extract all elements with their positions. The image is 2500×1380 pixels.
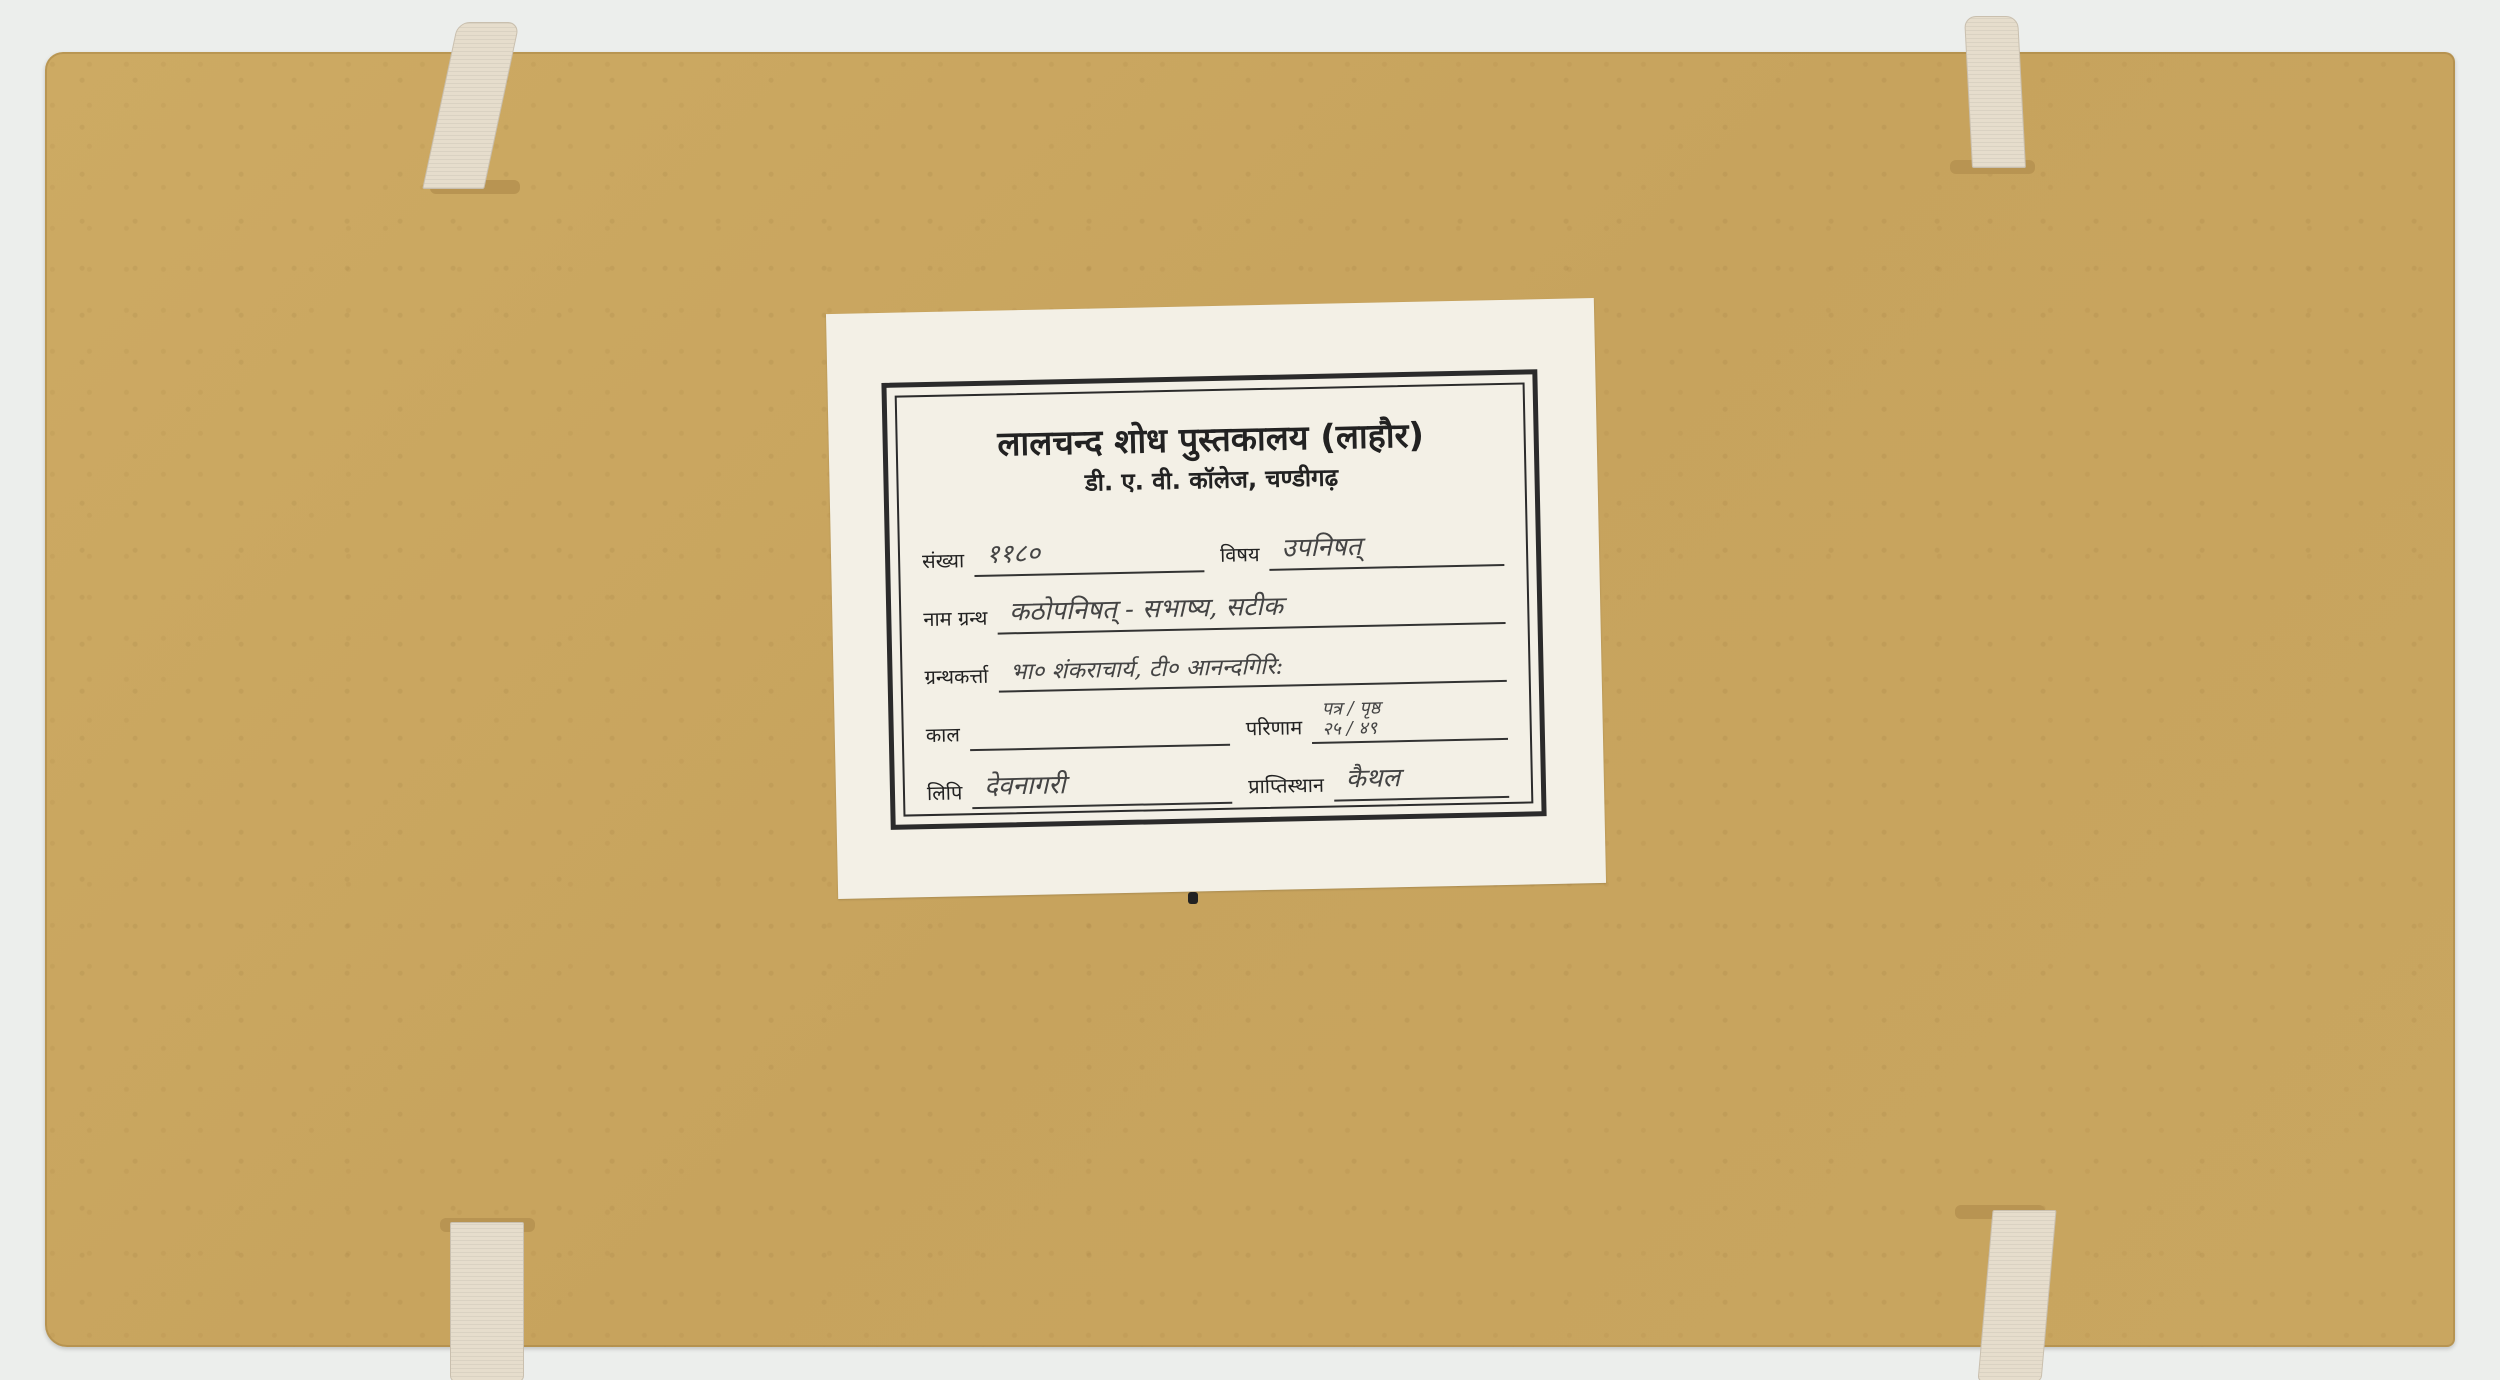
row-author: ग्रन्थकर्त्ता भा० शंकराचार्य, टी० आनन्दग…	[924, 630, 1507, 694]
author-label: ग्रन्थकर्त्ता	[924, 662, 988, 694]
number-field: ११८०	[974, 530, 1205, 577]
script-label: लिपि	[927, 778, 963, 810]
cloth-strap-top-right	[1964, 16, 2026, 168]
subject-field: उपनिषत्	[1269, 524, 1504, 571]
provenance-label: प्राप्तिस्थान	[1248, 771, 1324, 804]
title-value: कठोपनिषत् - सभाष्य, सटीक	[1009, 587, 1283, 629]
row-period-extent: काल परिणाम पत्र / पृष्ठ २५ / ४९	[925, 688, 1508, 752]
script-value: देवनागरी	[984, 765, 1066, 803]
row-script-provenance: लिपि देवनागरी प्राप्तिस्थान कैथल	[926, 746, 1509, 810]
subject-value: उपनिषत्	[1281, 527, 1362, 565]
period-field	[969, 704, 1230, 751]
number-label: संख्या	[922, 546, 965, 578]
title-field: कठोपनिषत् - सभाष्य, सटीक	[997, 582, 1506, 635]
provenance-field: कैथल	[1333, 756, 1509, 802]
author-value: भा० शंकराचार्य, टी० आनन्दगिरि:	[1010, 649, 1284, 687]
extent-label: परिणाम	[1246, 713, 1303, 745]
row-title: नाम ग्रन्थ कठोपनिषत् - सभाष्य, सटीक	[923, 572, 1506, 636]
script-field: देवनागरी	[972, 762, 1233, 809]
ink-spot	[1188, 892, 1198, 904]
title-label: नाम ग्रन्थ	[923, 604, 988, 636]
cloth-strap-bottom-left	[450, 1222, 524, 1380]
number-value: ११८०	[986, 534, 1041, 571]
extent-units: पत्र / पृष्ठ	[1322, 699, 1381, 720]
cloth-strap-bottom-right	[1977, 1210, 2056, 1380]
subject-label: विषय	[1220, 540, 1260, 572]
library-label: लालचन्द शोध पुस्तकालय (लाहौर) डी. ए. वी.…	[826, 298, 1606, 899]
author-field: भा० शंकराचार्य, टी० आनन्दगिरि:	[998, 640, 1507, 693]
label-border: लालचन्द शोध पुस्तकालय (लाहौर) डी. ए. वी.…	[881, 369, 1546, 830]
period-label: काल	[926, 720, 961, 752]
row-number-subject: संख्या ११८० विषय उपनिषत्	[921, 514, 1504, 578]
extent-counts: २५ / ४९	[1322, 719, 1381, 740]
extent-field: पत्र / पृष्ठ २५ / ४९	[1311, 690, 1508, 744]
provenance-value: कैथल	[1345, 758, 1400, 795]
